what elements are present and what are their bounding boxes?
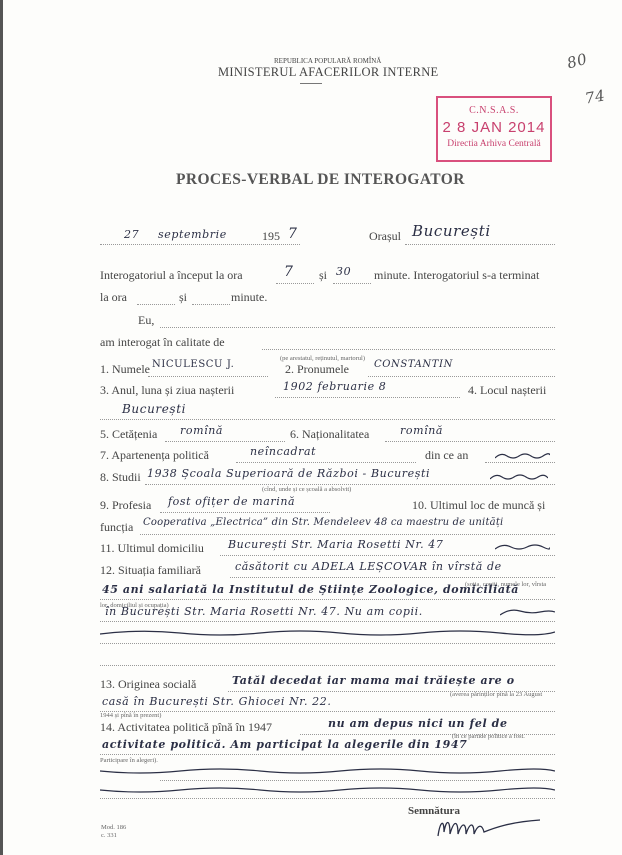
field-14-value-2: activitate politică. Am participat la al… [102, 738, 467, 751]
field-7-value: neîncadrat [250, 445, 316, 458]
end-and-label: și [179, 290, 187, 305]
strike-through-line [100, 766, 555, 776]
strike-through-line [500, 607, 555, 617]
field-12-value-2: 45 ani salariată la Institutul de Științ… [102, 583, 519, 596]
start-minutes: 30 [336, 265, 351, 278]
field-10-value: Cooperativa „Electrica” din Str. Mendele… [143, 517, 503, 528]
field-13-value-1: Tatăl decedat iar mama mai trăiește are … [232, 674, 515, 687]
field-9-value: fost ofițer de marină [168, 495, 295, 508]
field-1-value: NICULESCU J. [152, 359, 234, 370]
field-13-value-2: casă în București Str. Ghiocei Nr. 22. [102, 695, 331, 708]
field-12-value-3: în București Str. Maria Rosetti Nr. 47. … [105, 605, 423, 618]
field-2-value: CONSTANTIN [374, 359, 453, 370]
strike-through-line [495, 451, 550, 461]
field-12-value-1: căsătorit cu ADELA LEȘCOVAR în vîrstă de [235, 560, 502, 573]
form-code-2: c. 331 [101, 832, 117, 839]
field-3-label: 3. Anul, luna și ziua nașterii [100, 383, 234, 398]
strike-through-line [495, 542, 550, 552]
field-6-value: romînă [400, 424, 443, 437]
field-10-label: 10. Ultimul loc de muncă și [412, 498, 545, 513]
field-10-label-b: funcția [100, 520, 133, 535]
date-year-prefix: 195 [262, 229, 280, 244]
date-day: 27 [124, 228, 139, 241]
field-3-value: 1902 februarie 8 [283, 380, 386, 393]
field-6-label: 6. Naționalitatea [290, 427, 369, 442]
field-8-label: 8. Studii [100, 470, 141, 485]
field-5-value: romînă [180, 424, 223, 437]
field-5-label: 5. Cetățenia [100, 427, 157, 442]
field-4-value: București [122, 402, 186, 416]
ministry-heading: MINISTERUL AFACERILOR INTERNE [218, 65, 439, 80]
end-text: la ora [100, 290, 127, 305]
field-2-label: 2. Pronumele [285, 362, 349, 377]
field-8-value: 1938 Școala Superioară de Război - Bucur… [147, 467, 430, 480]
field-8-note: (cînd, unde și ce școală a absolvit) [262, 486, 351, 493]
stamp-org: C.N.S.A.S. [438, 105, 550, 116]
field-7-label: 7. Apartenența politică [100, 448, 209, 463]
field-14-note-2: Participare în alegeri). [100, 757, 158, 764]
field-4-label: 4. Locul nașterii [468, 383, 546, 398]
document-title: PROCES-VERBAL DE INTEROGATOR [176, 171, 465, 189]
field-13-note-2: 1944 și pînă în prezent) [100, 712, 161, 719]
field-1-label: 1. Numele [100, 362, 150, 377]
archive-stamp: C.N.S.A.S. 2 8 JAN 2014 Directia Arhiva … [436, 96, 552, 162]
and-label: și [319, 268, 327, 283]
city-value: București [412, 222, 491, 240]
end-text-b: minute. [231, 290, 267, 305]
field-13-label: 13. Originea socială [100, 677, 196, 692]
field-12-label: 12. Situația familiară [100, 563, 201, 578]
date-year-suffix: 7 [288, 226, 298, 242]
capacity-label: am interogat în calitate de [100, 335, 225, 350]
start-hour: 7 [284, 264, 294, 280]
field-7-year-label: din ce an [425, 448, 468, 463]
stamp-date: 2 8 JAN 2014 [438, 119, 550, 136]
strike-through-line [100, 785, 555, 795]
margin-note-number: 80 [565, 50, 589, 73]
margin-note-number: 74 [584, 86, 607, 107]
start-text: Interogatoriul a început la ora [100, 268, 243, 283]
strike-through-line [490, 472, 548, 482]
field-11-value: București Str. Maria Rosetti Nr. 47 [228, 538, 444, 551]
eu-label: Eu, [138, 313, 154, 328]
form-code-1: Mod. 186 [101, 824, 126, 831]
city-label: Orașul [369, 229, 401, 244]
capacity-note: (pe arestatul, reținutul, martorul) [280, 355, 365, 362]
field-13-note-1: (averea părinților pînă la 23 August [450, 691, 542, 698]
strike-through-line [100, 628, 555, 638]
field-9-label: 9. Profesia [100, 498, 151, 513]
field-14-value-1: nu am depus nici un fel de [328, 717, 508, 730]
header-rule [300, 83, 322, 84]
scan-edge [0, 0, 3, 855]
republic-heading: REPUBLICA POPULARĂ ROMÎNĂ [274, 57, 381, 65]
signature-mark [430, 812, 550, 840]
stamp-department: Directia Arhiva Centrală [438, 139, 550, 149]
start-text-b: minute. Interogatoriul s-a terminat [374, 268, 539, 283]
field-11-label: 11. Ultimul domiciliu [100, 541, 204, 556]
date-month: septembrie [158, 228, 227, 241]
field-14-label: 14. Activitatea politică pînă în 1947 [100, 720, 272, 735]
